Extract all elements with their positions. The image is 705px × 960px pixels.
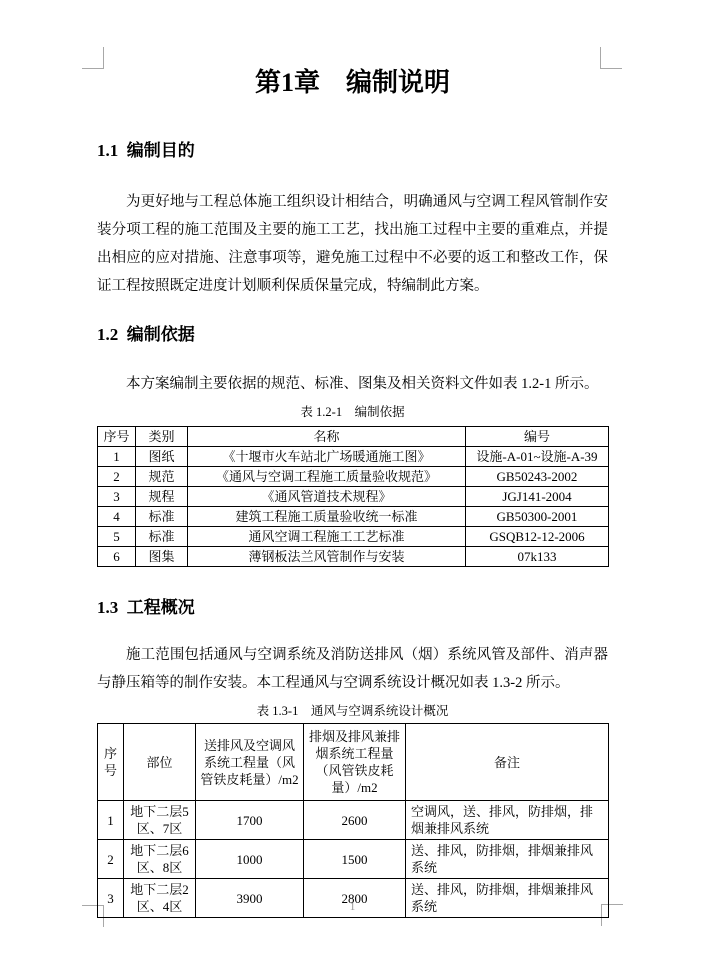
section-heading-1-1: 1.1 编制目的 (97, 140, 608, 162)
table-cell: 5 (98, 527, 136, 547)
table-cell: 07k133 (466, 547, 609, 567)
table-basis-of-compilation: 序号 类别 名称 编号 1 图纸 《十堰市火车站北广场暖通施工图》 设施-A-0… (97, 426, 609, 567)
column-header: 类别 (136, 427, 188, 447)
table-cell: 设施-A-01~设施-A-39 (466, 447, 609, 467)
section-heading-1-2: 1.2 编制依据 (97, 324, 608, 346)
table-cell: 标准 (136, 507, 188, 527)
table-cell: 地下二层6区、8区 (124, 840, 196, 879)
table-cell: 6 (98, 547, 136, 567)
table-header-row: 序号 部位 送排风及空调风系统工程量（风管铁皮耗量）/m2 排烟及排风兼排烟系统… (98, 724, 609, 801)
table-header-row: 序号 类别 名称 编号 (98, 427, 609, 447)
table-cell: 图集 (136, 547, 188, 567)
column-header: 编号 (466, 427, 609, 447)
table-cell: 《十堰市火车站北广场暖通施工图》 (188, 447, 466, 467)
table-cell: GB50243-2002 (466, 467, 609, 487)
page-content: 第1章 编制说明 1.1 编制目的 为更好地与工程总体施工组织设计相结合，明确通… (97, 0, 608, 918)
table-cell: 3 (98, 487, 136, 507)
table-cell: GSQB12-12-2006 (466, 527, 609, 547)
table-cell: 1 (98, 447, 136, 467)
table-row: 1 图纸 《十堰市火车站北广场暖通施工图》 设施-A-01~设施-A-39 (98, 447, 609, 467)
table-cell: 规范 (136, 467, 188, 487)
table-cell: 《通风与空调工程施工质量验收规范》 (188, 467, 466, 487)
table-cell: 1000 (196, 840, 304, 879)
page-number: 1 (0, 901, 705, 913)
column-header: 送排风及空调风系统工程量（风管铁皮耗量）/m2 (196, 724, 304, 801)
table-row: 2 规范 《通风与空调工程施工质量验收规范》 GB50243-2002 (98, 467, 609, 487)
table-cell: GB50300-2001 (466, 507, 609, 527)
document-page: 第1章 编制说明 1.1 编制目的 为更好地与工程总体施工组织设计相结合，明确通… (0, 0, 705, 960)
table-cell: 2 (98, 840, 124, 879)
column-header: 部位 (124, 724, 196, 801)
table-cell: 《通风管道技术规程》 (188, 487, 466, 507)
table-cell: 空调风，送、排风，防排烟，排烟兼排风系统 (406, 801, 609, 840)
table-cell: 建筑工程施工质量验收统一标准 (188, 507, 466, 527)
section-paragraph-1-2: 本方案编制主要依据的规范、标准、图集及相关资料文件如表 1.2-1 所示。 (97, 370, 608, 398)
table-row: 1 地下二层5区、7区 1700 2600 空调风，送、排风，防排烟，排烟兼排风… (98, 801, 609, 840)
section-heading-1-3: 1.3 工程概况 (97, 597, 608, 619)
table-cell: 1 (98, 801, 124, 840)
table-cell: 通风空调工程施工工艺标准 (188, 527, 466, 547)
chapter-title: 第1章 编制说明 (97, 0, 608, 100)
column-header: 备注 (406, 724, 609, 801)
table-cell: 2 (98, 467, 136, 487)
table-row: 6 图集 薄钢板法兰风管制作与安装 07k133 (98, 547, 609, 567)
table-cell: 4 (98, 507, 136, 527)
table-hvac-system-design-overview: 序号 部位 送排风及空调风系统工程量（风管铁皮耗量）/m2 排烟及排风兼排烟系统… (97, 723, 609, 918)
table2-caption: 表 1.3-1 通风与空调系统设计概况 (97, 703, 608, 719)
table-cell: 标准 (136, 527, 188, 547)
table-cell: 送、排风，防排烟，排烟兼排风系统 (406, 840, 609, 879)
column-header: 序号 (98, 427, 136, 447)
section-paragraph-1-3: 施工范围包括通风与空调系统及消防送排风（烟）系统风管及部件、消声器与静压箱等的制… (97, 641, 608, 697)
table-cell: 1500 (304, 840, 406, 879)
table-cell: 薄钢板法兰风管制作与安装 (188, 547, 466, 567)
table-cell: 规程 (136, 487, 188, 507)
table-row: 3 规程 《通风管道技术规程》 JGJ141-2004 (98, 487, 609, 507)
table-cell: 2600 (304, 801, 406, 840)
table-cell: JGJ141-2004 (466, 487, 609, 507)
column-header: 序号 (98, 724, 124, 801)
table-cell: 1700 (196, 801, 304, 840)
table-row: 5 标准 通风空调工程施工工艺标准 GSQB12-12-2006 (98, 527, 609, 547)
table-row: 2 地下二层6区、8区 1000 1500 送、排风，防排烟，排烟兼排风系统 (98, 840, 609, 879)
column-header: 名称 (188, 427, 466, 447)
table-row: 4 标准 建筑工程施工质量验收统一标准 GB50300-2001 (98, 507, 609, 527)
table-cell: 图纸 (136, 447, 188, 467)
table-cell: 地下二层5区、7区 (124, 801, 196, 840)
section-paragraph-1-1: 为更好地与工程总体施工组织设计相结合，明确通风与空调工程风管制作安装分项工程的施… (97, 188, 608, 300)
table1-caption: 表 1.2-1 编制依据 (97, 404, 608, 420)
column-header: 排烟及排风兼排烟系统工程量（风管铁皮耗量）/m2 (304, 724, 406, 801)
